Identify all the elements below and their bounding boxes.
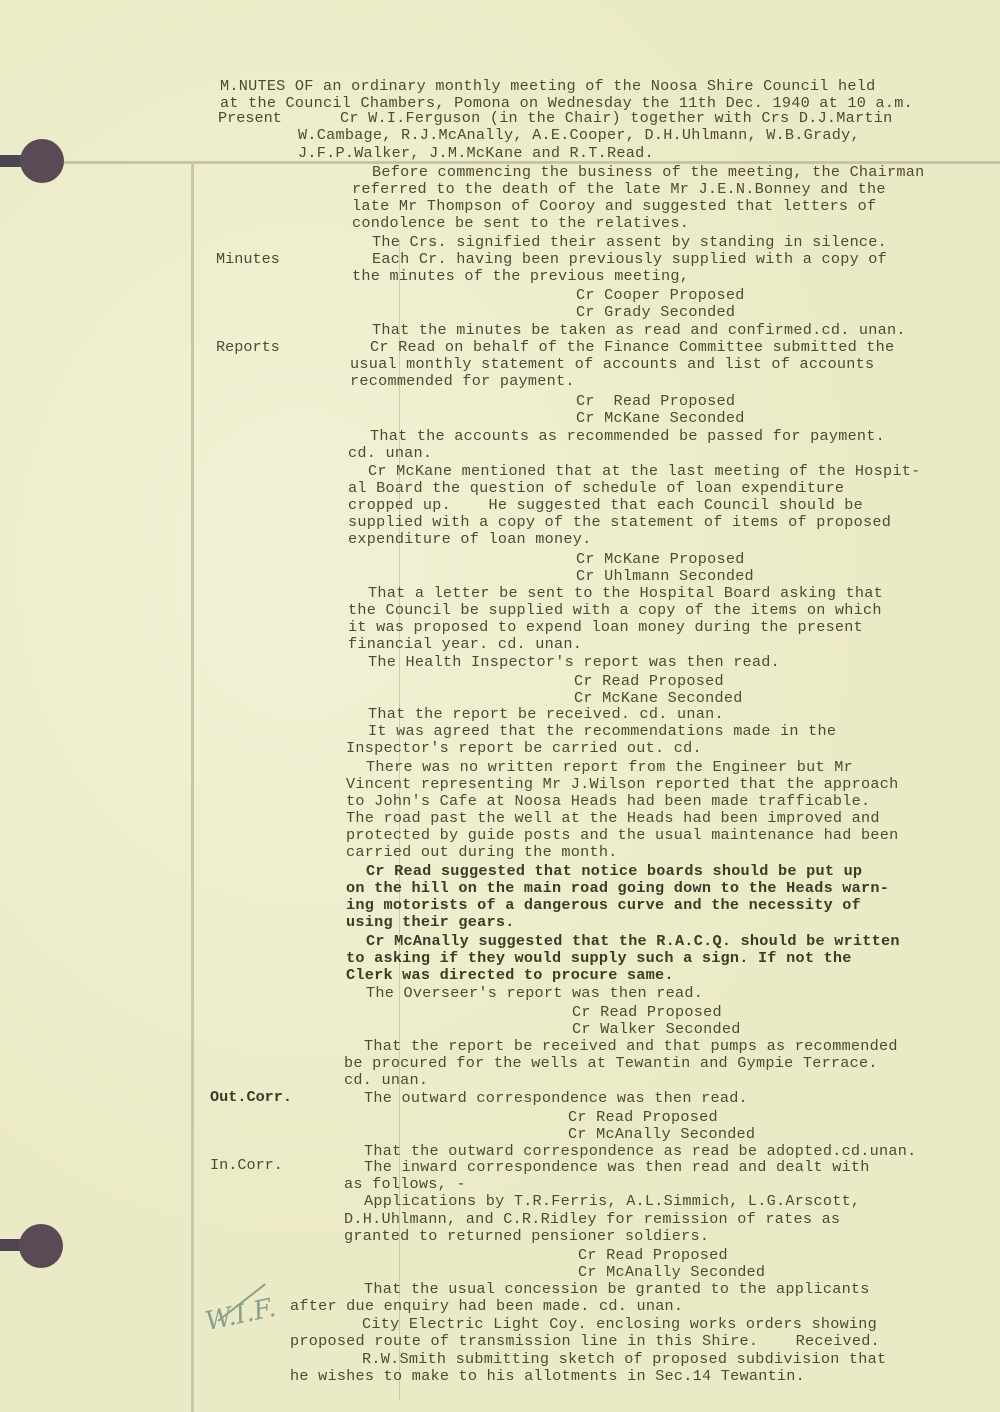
resolution-line: That the report be received. cd. unan.: [368, 706, 724, 723]
text-line: The inward correspondence was then read …: [364, 1159, 870, 1176]
text-line: Each Cr. having been previously supplied…: [372, 251, 887, 268]
text-line: Cr W.I.Ferguson (in the Chair) together …: [340, 110, 892, 127]
text-line: al Board the question of schedule of loa…: [348, 480, 844, 497]
text-line: ing motorists of a dangerous curve and t…: [346, 897, 861, 914]
resolution-line: That the accounts as recommended be pass…: [370, 428, 885, 445]
text-line: late Mr Thompson of Cooroy and suggested…: [352, 198, 876, 215]
text-line: to asking if they would supply such a si…: [346, 950, 852, 967]
text-line: The Crs. signified their assent by stand…: [372, 234, 887, 251]
document-page: M.NUTES OF an ordinary monthly meeting o…: [0, 0, 1000, 1412]
text-line: City Electric Light Coy. enclosing works…: [362, 1316, 877, 1333]
text-line: condolence be sent to the relatives.: [352, 215, 689, 232]
resolution-line: That the minutes be taken as read and co…: [372, 322, 906, 339]
text-line: carried out during the month.: [346, 844, 618, 861]
text-line: as follows, -: [344, 1176, 466, 1193]
resolution-line: That the report be received and that pum…: [364, 1038, 898, 1055]
resolution-line: That the usual concession be granted to …: [364, 1281, 870, 1298]
text-line: expenditure of loan money.: [348, 531, 591, 548]
seconder-line: Cr McAnally Seconded: [578, 1264, 765, 1281]
text-line: J.F.P.Walker, J.M.McKane and R.T.Read.: [298, 145, 654, 162]
resolution-line: cd. unan.: [348, 445, 432, 462]
text-line: recommended for payment.: [350, 373, 575, 390]
resolution-line: it was proposed to expend loan money dur…: [348, 619, 863, 636]
text-line: Cr Read suggested that notice boards sho…: [366, 863, 862, 880]
handwritten-initials: W.I.F.: [203, 1293, 279, 1337]
resolution-line: That a letter be sent to the Hospital Bo…: [368, 585, 883, 602]
seconder-line: Cr Grady Seconded: [576, 304, 735, 321]
seconder-line: Cr Uhlmann Seconded: [576, 568, 754, 585]
punch-hole-icon: [20, 139, 64, 183]
mover-line: Cr Read Proposed: [576, 393, 735, 410]
text-line: Before commencing the business of the me…: [372, 164, 924, 181]
text-line: It was agreed that the recommendations m…: [368, 723, 836, 740]
text-line: The road past the well at the Heads had …: [346, 810, 880, 827]
mover-line: Cr Cooper Proposed: [576, 287, 745, 304]
mover-line: Cr Read Proposed: [574, 673, 724, 690]
text-line: The Health Inspector's report was then r…: [368, 654, 780, 671]
resolution-line: cd. unan.: [344, 1072, 428, 1089]
text-line: R.W.Smith submitting sketch of proposed …: [362, 1351, 886, 1368]
seconder-line: Cr McAnally Seconded: [568, 1126, 755, 1143]
text-line: There was no written report from the Eng…: [366, 759, 853, 776]
mover-line: Cr Read Proposed: [578, 1247, 728, 1264]
text-line: Applications by T.R.Ferris, A.L.Simmich,…: [364, 1193, 860, 1210]
margin-label-reports: Reports: [216, 339, 280, 356]
text-line: Clerk was directed to procure same.: [346, 967, 674, 984]
resolution-line: be procured for the wells at Tewantin an…: [344, 1055, 878, 1072]
text-line: The outward correspondence was then read…: [364, 1090, 748, 1107]
text-line: referred to the death of the late Mr J.E…: [352, 181, 886, 198]
text-line: protected by guide posts and the usual m…: [346, 827, 898, 844]
seconder-line: Cr McKane Seconded: [576, 410, 745, 427]
text-line: on the hill on the main road going down …: [346, 880, 889, 897]
text-line: granted to returned pensioner soldiers.: [344, 1228, 709, 1245]
text-line: usual monthly statement of accounts and …: [350, 356, 874, 373]
text-line: Cr McKane mentioned that at the last mee…: [368, 463, 920, 480]
text-line: Vincent representing Mr J.Wilson reporte…: [346, 776, 898, 793]
text-line: the minutes of the previous meeting,: [352, 268, 689, 285]
mover-line: Cr McKane Proposed: [576, 551, 745, 568]
text-line: to John's Cafe at Noosa Heads had been m…: [346, 793, 870, 810]
resolution-line: after due enquiry had been made. cd. una…: [290, 1298, 683, 1315]
text-line: W.Cambage, R.J.McAnally, A.E.Cooper, D.H…: [298, 127, 860, 144]
text-line: supplied with a copy of the statement of…: [348, 514, 891, 531]
mover-line: Cr Read Proposed: [572, 1004, 722, 1021]
text-line: cropped up. He suggested that each Counc…: [348, 497, 863, 514]
punch-hole-icon: [19, 1224, 63, 1268]
text-line: Cr Read on behalf of the Finance Committ…: [370, 339, 894, 356]
document-title-line: M.NUTES OF an ordinary monthly meeting o…: [220, 78, 875, 95]
margin-label-present: Present: [218, 110, 282, 127]
text-line: Inspector's report be carried out. cd.: [346, 740, 702, 757]
mover-line: Cr Read Proposed: [568, 1109, 718, 1126]
resolution-line: financial year. cd. unan.: [348, 636, 582, 653]
text-line: D.H.Uhlmann, and C.R.Ridley for remissio…: [344, 1211, 840, 1228]
seconder-line: Cr Walker Seconded: [572, 1021, 741, 1038]
margin-label-in-corr: In.Corr.: [210, 1157, 283, 1174]
text-line: The Overseer's report was then read.: [366, 985, 703, 1002]
resolution-line: the Council be supplied with a copy of t…: [348, 602, 882, 619]
text-line: using their gears.: [346, 914, 515, 931]
margin-label-out-corr: Out.Corr.: [210, 1089, 292, 1106]
margin-ruled-line: [191, 161, 194, 1412]
text-line: Cr McAnally suggested that the R.A.C.Q. …: [366, 933, 900, 950]
text-line: he wishes to make to his allotments in S…: [290, 1368, 805, 1385]
text-line: proposed route of transmission line in t…: [290, 1333, 880, 1350]
margin-label-minutes: Minutes: [216, 251, 280, 268]
